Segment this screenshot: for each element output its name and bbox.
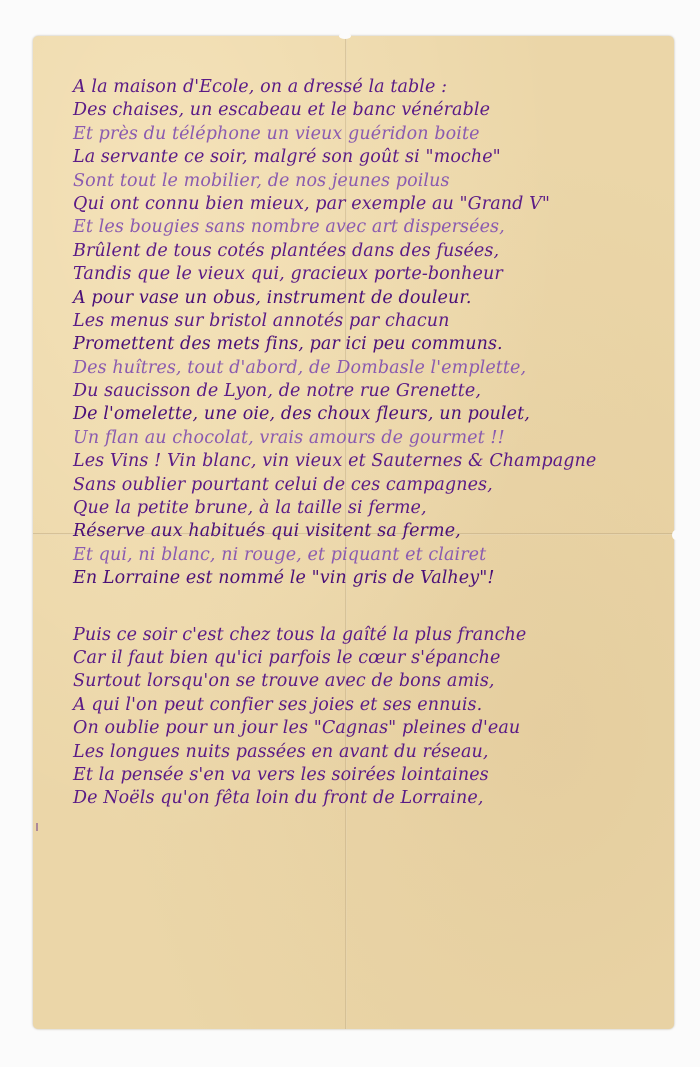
poem-line: Et les bougies sans nombre avec art disp…: [73, 216, 664, 239]
poem-line: A qui l'on peut confier ses joies et ses…: [73, 694, 664, 717]
paper-tear-top: [339, 33, 351, 39]
poem-line: Un flan au chocolat, vrais amours de gou…: [73, 427, 664, 450]
poem-line: Tandis que le vieux qui, gracieux porte-…: [73, 263, 664, 286]
poem-line: Des huîtres, tout d'abord, de Dombasle l…: [73, 357, 664, 380]
poem-line: Les menus sur bristol annotés par chacun: [73, 310, 664, 333]
poem-line: Brûlent de tous cotés plantées dans des …: [73, 240, 664, 263]
poem-line: On oublie pour un jour les "Cagnas" plei…: [73, 717, 664, 740]
poem-line: Du saucisson de Lyon, de notre rue Grene…: [73, 380, 664, 403]
poem-line: En Lorraine est nommé le "vin gris de Va…: [73, 567, 664, 590]
poem-line: Surtout lorsqu'on se trouve avec de bons…: [73, 670, 664, 693]
poem-line: Des chaises, un escabeau et le banc véné…: [73, 99, 664, 122]
poem-line: Promettent des mets fins, par ici peu co…: [73, 333, 664, 356]
poem-line: Réserve aux habitués qui visitent sa fer…: [73, 520, 664, 543]
handwritten-text: A la maison d'Ecole, on a dressé la tabl…: [73, 76, 664, 811]
poem-line: Qui ont connu bien mieux, par exemple au…: [73, 193, 664, 216]
poem-line: Et la pensée s'en va vers les soirées lo…: [73, 764, 664, 787]
poem-line: Sans oublier pourtant celui de ces campa…: [73, 474, 664, 497]
poem-line: Et qui, ni blanc, ni rouge, et piquant e…: [73, 544, 664, 567]
poem-line: A pour vase un obus, instrument de doule…: [73, 287, 664, 310]
poem-line: De l'omelette, une oie, des choux fleurs…: [73, 403, 664, 426]
poem-line: Les longues nuits passées en avant du ré…: [73, 741, 664, 764]
poem-line: A la maison d'Ecole, on a dressé la tabl…: [73, 76, 664, 99]
stanza-1: A la maison d'Ecole, on a dressé la tabl…: [73, 76, 664, 591]
poem-line: De Noëls qu'on fêta loin du front de Lor…: [73, 787, 664, 810]
poem-line: Les Vins ! Vin blanc, vin vieux et Saute…: [73, 450, 664, 473]
poem-line: La servante ce soir, malgré son goût si …: [73, 146, 664, 169]
poem-line: Que la petite brune, à la taille si ferm…: [73, 497, 664, 520]
poem-line: Car il faut bien qu'ici parfois le cœur …: [73, 647, 664, 670]
poem-line: Sont tout le mobilier, de nos jeunes poi…: [73, 170, 664, 193]
poem-line: Puis ce soir c'est chez tous la gaîté la…: [73, 624, 664, 647]
margin-ink-mark: [36, 823, 38, 831]
stanza-gap: [73, 591, 664, 624]
paper-tear-right: [672, 530, 680, 540]
poem-line: Et près du téléphone un vieux guéridon b…: [73, 123, 664, 146]
stanza-2: Puis ce soir c'est chez tous la gaîté la…: [73, 624, 664, 811]
letter-sheet: A la maison d'Ecole, on a dressé la tabl…: [33, 36, 674, 1029]
